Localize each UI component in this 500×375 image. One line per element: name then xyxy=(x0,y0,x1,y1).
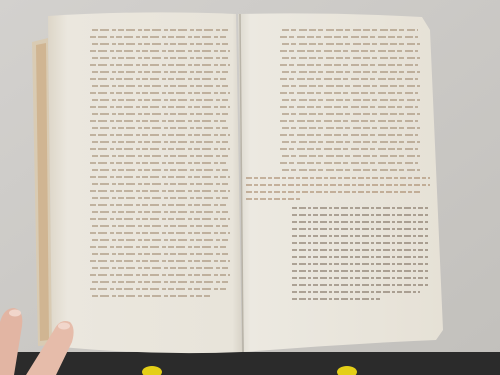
manuscript-photo xyxy=(0,0,500,375)
fingernail xyxy=(58,323,70,330)
right-page xyxy=(238,13,443,352)
fingernail xyxy=(9,310,21,317)
photo-canvas xyxy=(0,0,500,375)
floor xyxy=(0,352,500,375)
left-page xyxy=(48,12,242,353)
